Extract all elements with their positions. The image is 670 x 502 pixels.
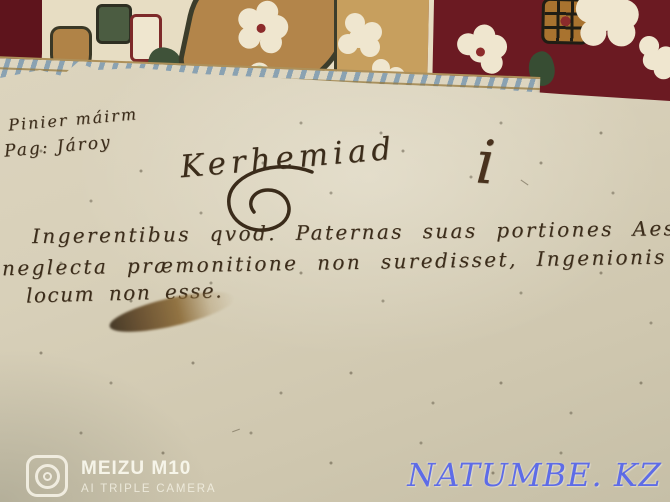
carpet-white-flower — [591, 5, 618, 32]
carpet-green-square-motif — [96, 4, 132, 44]
site-watermark: NATUMBE. KZ — [407, 456, 662, 494]
camera-icon — [26, 455, 68, 497]
handwritten-body-line1: Ingerentibus qvod. Paternas suas portion… — [32, 216, 670, 248]
carpet-white-flower — [469, 40, 491, 62]
camera-watermark-texts: MEIZU M10 AI TRIPLE CAMERA — [81, 458, 216, 495]
carpet-paisley-flower — [248, 16, 274, 42]
manuscript-photo: Pinier máirm Pag: Jároy Kerhemiad i Inge… — [0, 0, 670, 502]
stray-ink-mark: i — [474, 127, 498, 198]
handwritten-corner-note-line2: Pag: Jároy — [3, 132, 112, 161]
paper-fiber — [521, 180, 529, 186]
carpet-square-flower-motif — [541, 0, 590, 45]
carpet-gold-flower — [349, 28, 369, 48]
paper-fiber — [232, 429, 240, 433]
camera-watermark: MEIZU M10 AI TRIPLE CAMERA — [26, 455, 216, 497]
camera-lens-dot — [43, 472, 52, 481]
carpet-white-flower — [643, 50, 663, 70]
carpet-flower-center — [256, 23, 267, 34]
handwritten-body-line2: neglecta præmonitione non suredisset, In… — [2, 244, 670, 280]
camera-lens-ring — [35, 464, 60, 489]
handwritten-corner-note-line1: Pinier máirm — [7, 104, 138, 134]
carpet-flower-center — [476, 47, 485, 56]
device-name-label: MEIZU M10 — [81, 458, 216, 480]
device-subtitle-label: AI TRIPLE CAMERA — [81, 483, 216, 495]
